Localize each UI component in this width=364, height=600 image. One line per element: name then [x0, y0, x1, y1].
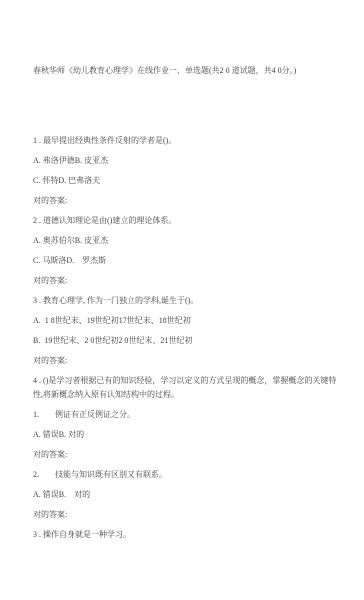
- document-title: 春秋华师《幼儿教育心理学》在线作业一、单选题(共2 0 道试题，共4 0分。): [33, 64, 346, 78]
- question-block-3: 3 . 教育心理学, 作为一门独立的学科,诞生于()。 A. 1 8世纪末、19…: [33, 294, 346, 368]
- answer-label: 对的答案:: [33, 274, 346, 288]
- question-block-1: 1 . 最早提出经典性条件反射的学者是()。 A. 弗洛伊德B. 皮亚杰 C. …: [33, 134, 346, 208]
- judge-block-3: 3 . 操作自身就是一种学习。: [33, 528, 346, 542]
- options-row: A. 错误B. 对的: [33, 488, 346, 502]
- options-row: A. 奥苏伯尔B. 皮亚杰: [33, 234, 346, 248]
- answer-label: 对的答案:: [33, 448, 346, 462]
- question-block-2: 2 . 道德认知理论是由()建立的理论体系。 A. 奥苏伯尔B. 皮亚杰 C. …: [33, 214, 346, 288]
- judge-block-1: 1. 例证有正反例证之分。 A. 错误B. 对的 对的答案:: [33, 408, 346, 462]
- answer-label: 对的答案:: [33, 194, 346, 208]
- options-row: A. 错误B. 对的: [33, 428, 346, 442]
- options-row: A. 弗洛伊德B. 皮亚杰: [33, 154, 346, 168]
- answer-label: 对的答案:: [33, 354, 346, 368]
- answer-label: 对的答案:: [33, 508, 346, 522]
- judge-block-2: 2. 技能与知识既有区别又有联系。 A. 错误B. 对的 对的答案:: [33, 468, 346, 522]
- document-page: 春秋华师《幼儿教育心理学》在线作业一、单选题(共2 0 道试题，共4 0分。) …: [0, 0, 364, 600]
- options-row: C. 怀特D. 巴弗洛夫: [33, 174, 346, 188]
- question-block-4: 4 . ()是学习者根据已有的知识经验，学习以定义的方式呈现的概念，掌握概念的关…: [33, 374, 346, 402]
- question-text: 3 . 教育心理学, 作为一门独立的学科,诞生于()。: [33, 294, 346, 308]
- question-text: 1 . 最早提出经典性条件反射的学者是()。: [33, 134, 346, 148]
- options-row: C. 马斯洛D. 罗杰斯: [33, 254, 346, 268]
- question-text: 2 . 道德认知理论是由()建立的理论体系。: [33, 214, 346, 228]
- question-text: 4 . ()是学习者根据已有的知识经验，学习以定义的方式呈现的概念，掌握概念的关…: [33, 374, 346, 402]
- question-text: 3 . 操作自身就是一种学习。: [33, 528, 346, 542]
- question-text: 2. 技能与知识既有区别又有联系。: [33, 468, 346, 482]
- question-text: 1. 例证有正反例证之分。: [33, 408, 346, 422]
- options-row: B. 19世纪末、2 0世纪初2 0世纪末、21世纪初: [33, 334, 346, 348]
- options-row: A. 1 8世纪末、19世纪初17世纪末、18世纪初: [33, 314, 346, 328]
